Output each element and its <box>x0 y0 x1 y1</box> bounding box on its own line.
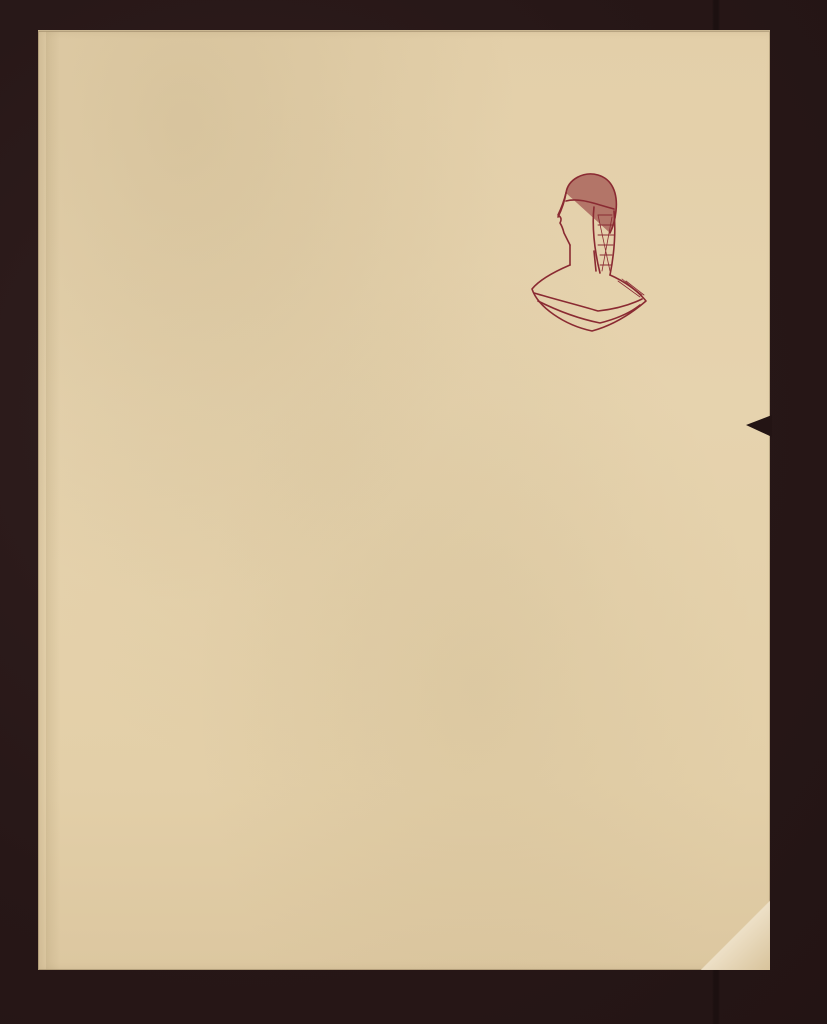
classical-bust-emblem-icon <box>528 171 648 336</box>
cover-edge-tear <box>746 415 772 437</box>
book-cover <box>38 30 770 970</box>
cover-spine-crease <box>46 31 60 970</box>
cover-corner-curl <box>700 900 770 970</box>
